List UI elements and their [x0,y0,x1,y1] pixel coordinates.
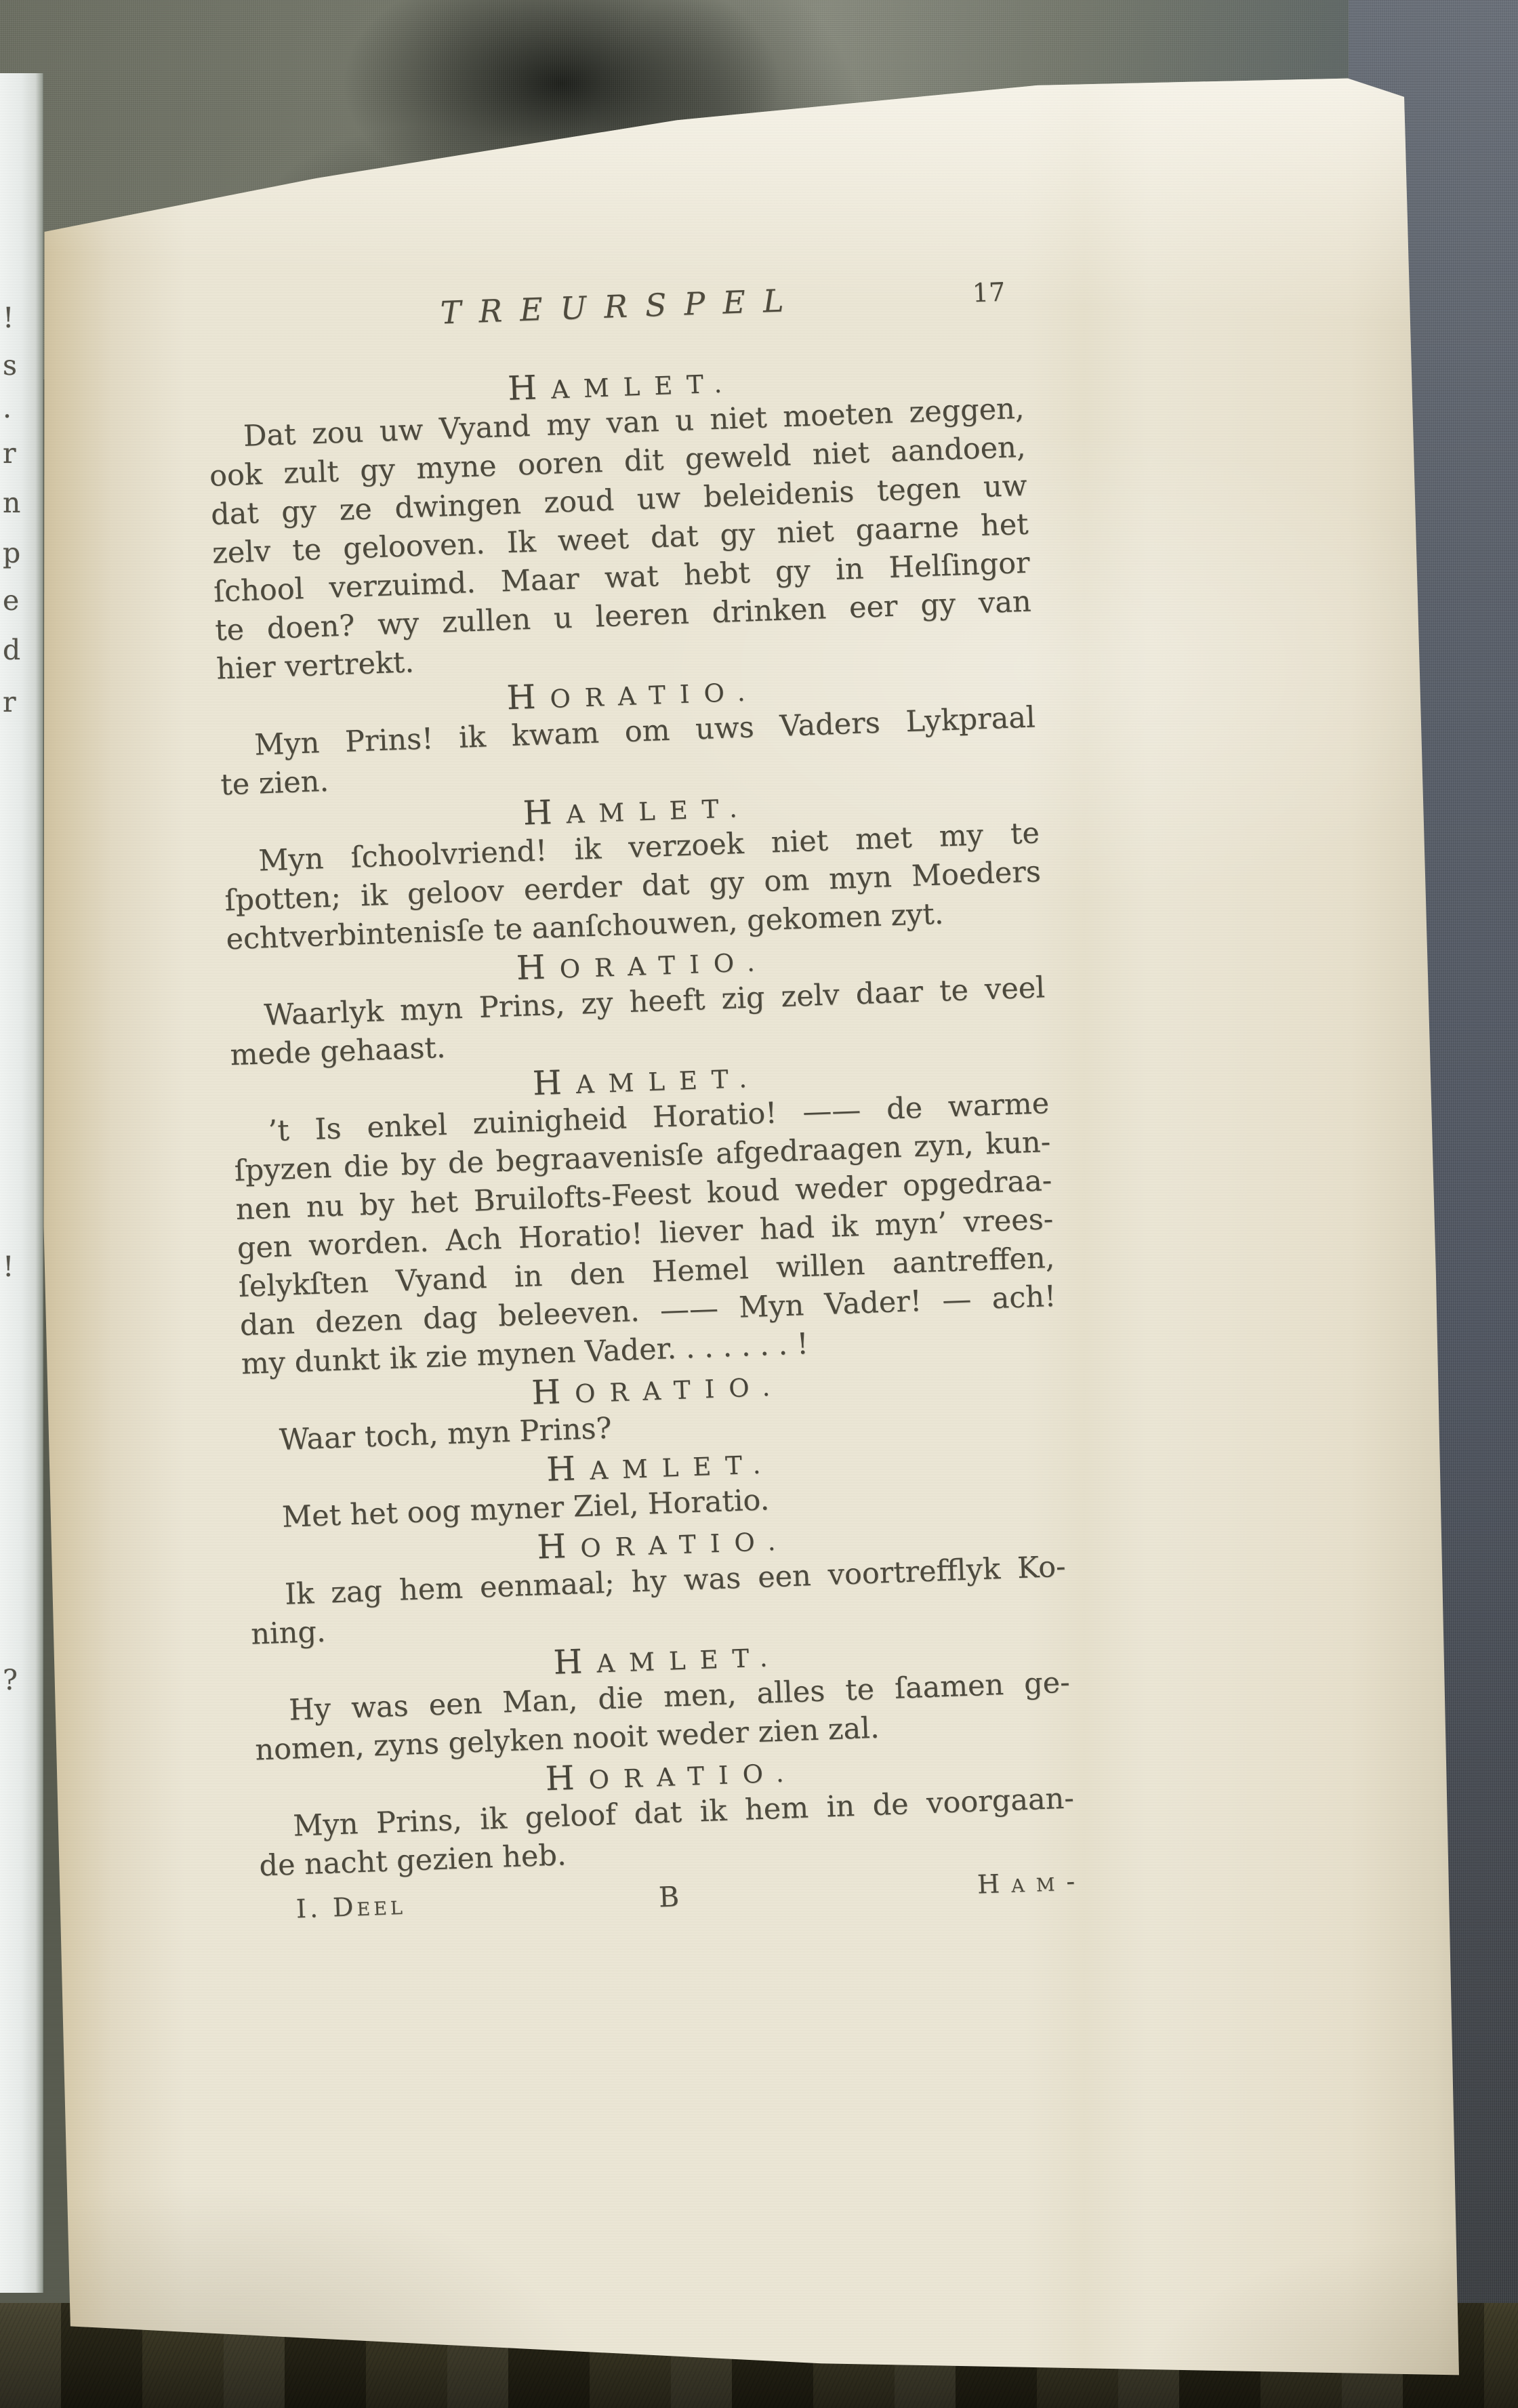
facing-page-fragment-glyph: r [3,686,38,718]
facing-page-fragment-glyph: . [3,392,38,424]
facing-page-fragment-glyph: e [3,584,38,617]
signature-mark: B [658,1880,680,1913]
facing-page-fragment-glyph: n [3,487,38,519]
volume-label: I. Deel [295,1890,406,1924]
speech-block: HAMLET.Dat zou uw Vyand my van u niet mo… [206,351,1033,689]
facing-page-fragment-glyph: d [3,634,38,666]
speech-block: HAMLET.Myn ſchoolvriend! ik verzoek niet… [222,775,1043,959]
facing-page-fragment-glyph: s [3,349,38,382]
speech-block: HAMLET.’t Is enkel zuinigheid Horatio! —… [231,1046,1059,1384]
speeches: HAMLET.Dat zou uw Vyand my van u niet mo… [206,351,1076,1886]
facing-page-fragment-glyph: ? [3,1664,38,1696]
page-content: TREURSPEL 17 HAMLET.Dat zou uw Vyand my … [203,274,1078,1938]
facing-page-fragment-glyph: ! [3,1250,38,1283]
running-header: TREURSPEL 17 [203,274,1021,348]
facing-page-fragment-glyph: p [3,537,38,569]
facing-page-edge: !s.rnpedr!? [0,73,43,2293]
facing-page-fragment-glyph: ! [3,302,38,334]
book-page: TREURSPEL 17 HAMLET.Dat zou uw Vyand my … [27,64,1471,2389]
catchword: Ham- [977,1866,1087,1900]
page-header-title: TREURSPEL [203,274,1021,340]
page-number: 17 [972,277,1006,308]
facing-page-fragment-glyph: r [3,437,38,470]
